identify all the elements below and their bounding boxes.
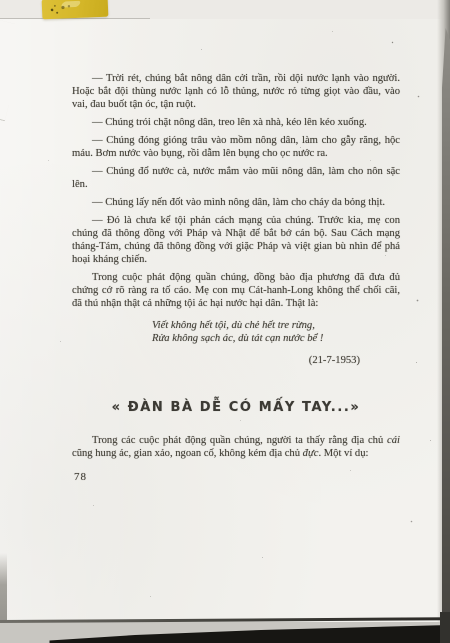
closing-italic-word: đực [303, 448, 319, 459]
page-content: — Trời rét, chúng bắt nông dân cởi trần,… [72, 72, 400, 484]
sticky-tab [42, 0, 109, 19]
closing-paragraph: Trong các cuộc phát động quần chúng, ngư… [72, 434, 400, 460]
closing-text: Trong các cuộc phát động quần chúng, ngư… [92, 435, 387, 446]
closing-text: . Một ví dụ: [318, 448, 368, 459]
paragraph: — Trời rét, chúng bắt nông dân cởi trần,… [72, 72, 400, 111]
paragraph: — Chúng trói chặt nông dân, treo lên xà … [72, 116, 400, 129]
closing-italic-word: cái [387, 435, 400, 446]
date-line: (21-7-1953) [72, 354, 400, 367]
verse-line: Rửa không sạch ác, dù tát cạn nước bể ! [152, 332, 400, 345]
closing-text: cũng hung ác, gian xảo, ngoan cố, không … [72, 448, 303, 459]
scan-edge-right-shadow [442, 28, 450, 625]
scan-corner-shadow [440, 612, 450, 643]
paragraph: — Chúng lấy nến đốt vào mình nông dân, l… [72, 196, 400, 209]
verse-line: Viết không hết tội, dù chẻ hết tre rừng, [152, 319, 400, 332]
page-wrinkle [0, 20, 28, 122]
page-top-edge [0, 18, 150, 19]
verse: Viết không hết tội, dù chẻ hết tre rừng,… [152, 319, 400, 345]
paragraph: — Chúng đổ nước cà, nước mắm vào mũi nôn… [72, 165, 400, 191]
paragraph: — Chúng đóng gióng trâu vào mồm nông dân… [72, 134, 400, 160]
scanned-page: — Trời rét, chúng bắt nông dân cởi trần,… [0, 0, 450, 643]
section-heading: « ĐÀN BÀ DỄ CÓ MẤY TAY...» [72, 401, 400, 414]
paragraph: Trong cuộc phát động quần chúng, đồng bà… [72, 271, 400, 310]
page-number: 78 [72, 471, 400, 484]
paragraph: — Đó là chưa kể tội phản cách mạng của c… [72, 214, 400, 266]
